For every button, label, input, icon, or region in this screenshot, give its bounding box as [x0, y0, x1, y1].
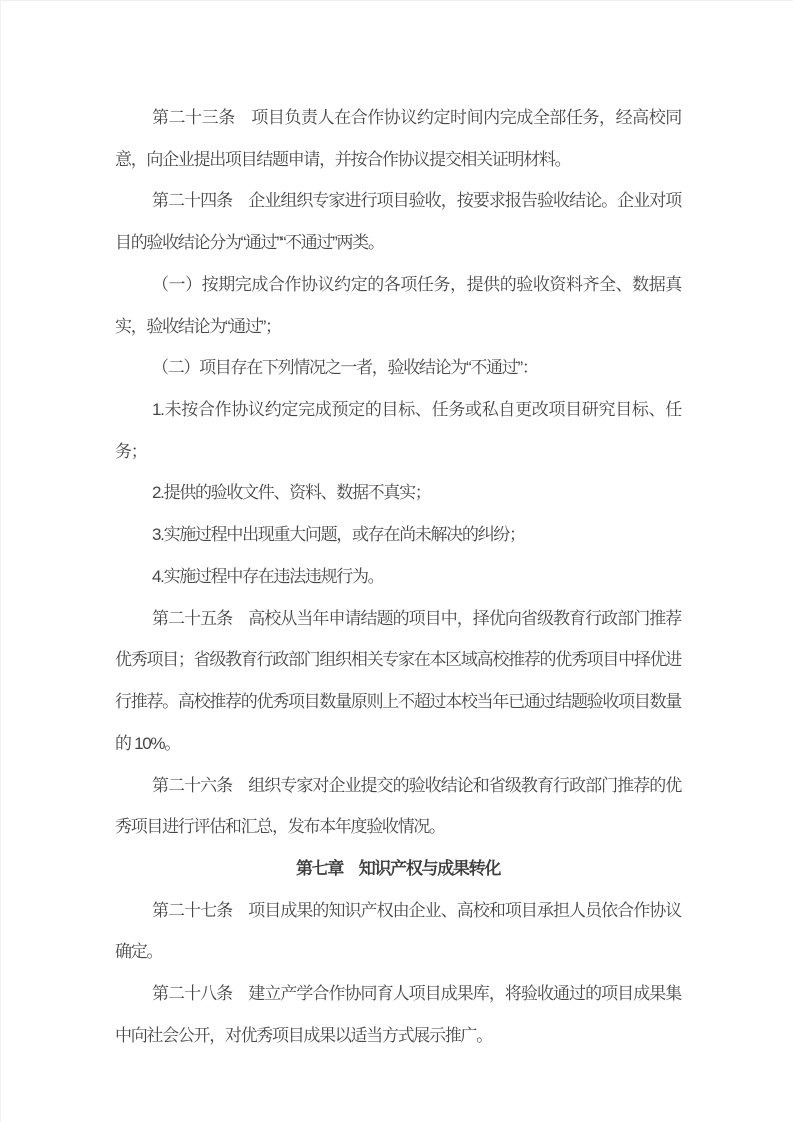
article-23-paragraph: 第二十三条 项目负责人在合作协议约定时间内完成全部任务，经高校同意，向企业提出项…	[115, 97, 681, 180]
fail-condition-item-2: 2.提供的验收文件、资料、数据不真实；	[115, 472, 681, 514]
article-26-paragraph: 第二十六条 组织专家对企业提交的验收结论和省级教育行政部门推荐的优秀项目进行评估…	[115, 765, 681, 848]
clause-2-paragraph: （二）项目存在下列情况之一者，验收结论为“不通过”：	[115, 347, 681, 389]
fail-condition-item-3: 3.实施过程中出现重大问题，或存在尚未解决的纠纷；	[115, 514, 681, 556]
chapter-7-heading: 第七章 知识产权与成果转化	[115, 848, 681, 890]
document-body: 第二十三条 项目负责人在合作协议约定时间内完成全部任务，经高校同意，向企业提出项…	[1, 1, 793, 1122]
article-27-paragraph: 第二十七条 项目成果的知识产权由企业、高校和项目承担人员依合作协议确定。	[115, 890, 681, 973]
fail-condition-item-1: 1.未按合作协议约定完成预定的目标、任务或私自更改项目研究目标、任务；	[115, 389, 681, 472]
article-24-paragraph: 第二十四条 企业组织专家进行项目验收，按要求报告验收结论。企业对项目的验收结论分…	[115, 180, 681, 263]
article-28-paragraph: 第二十八条 建立产学合作协同育人项目成果库，将验收通过的项目成果集中向社会公开，…	[115, 973, 681, 1056]
clause-1-paragraph: （一）按期完成合作协议约定的各项任务，提供的验收资料齐全、数据真实，验收结论为“…	[115, 264, 681, 347]
document-page: 第二十三条 项目负责人在合作协议约定时间内完成全部任务，经高校同意，向企业提出项…	[0, 0, 793, 1122]
fail-condition-item-4: 4.实施过程中存在违法违规行为。	[115, 556, 681, 598]
article-25-paragraph: 第二十五条 高校从当年申请结题的项目中，择优向省级教育行政部门推荐优秀项目；省级…	[115, 598, 681, 765]
